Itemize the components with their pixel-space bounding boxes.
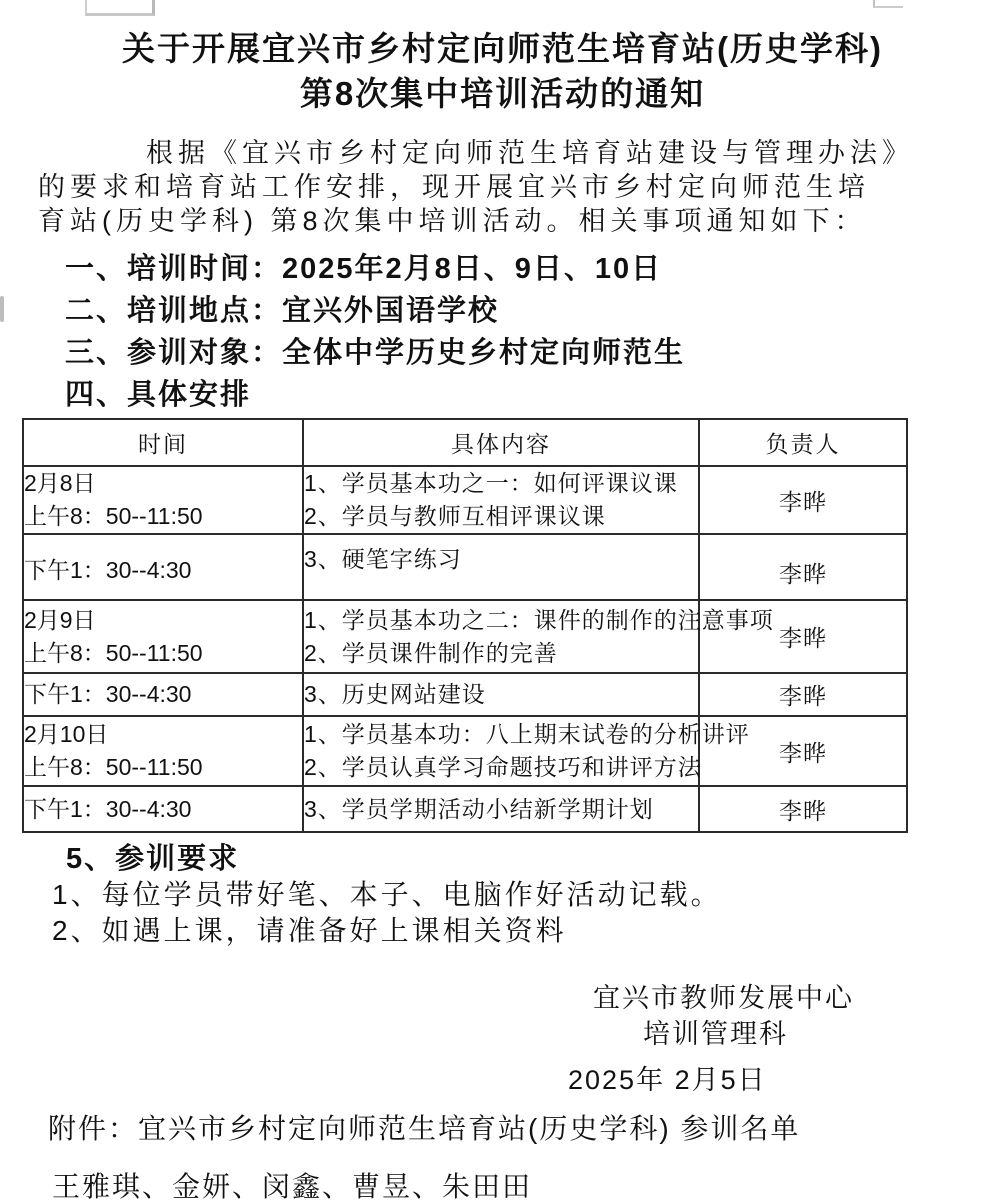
title-line-2: 第8次集中培训活动的通知 (40, 71, 965, 116)
col-header-person: 负责人 (699, 419, 907, 466)
attachment-title: 附件：宜兴市乡村定向师范生培育站(历史学科) 参训名单 (48, 1111, 1005, 1147)
schedule-person-cell: 李晔 (699, 534, 907, 600)
schedule-table: 时间 具体内容 负责人 2月8日 上午8：50--11:50 1、学员基本功之一… (22, 418, 908, 833)
table-row: 2月9日 上午8：50--11:50 1、学员基本功之二：课件的制作的注意事项 … (23, 600, 907, 673)
scan-corner-mark-right (873, 0, 903, 8)
schedule-person-cell: 李晔 (699, 466, 907, 534)
intro-line-3: 育站(历史学科) 第8次集中培训活动。相关事项通知如下： (38, 204, 955, 238)
requirements-heading: 5、参训要求 (66, 841, 1005, 877)
section-training-time: 一、培训时间：2025年2月8日、9日、10日 (65, 248, 1005, 290)
schedule-time-cell: 下午1：30--4:30 (23, 786, 303, 832)
table-row: 下午1：30--4:30 3、学员学期活动小结新学期计划 李晔 (23, 786, 907, 832)
schedule-time-cell: 下午1：30--4:30 (23, 673, 303, 716)
schedule-person-cell: 李晔 (699, 673, 907, 716)
attachment-name-list: 王雅琪、金妍、闵鑫、曹昱、朱田田 (52, 1169, 1005, 1202)
requirement-item-2: 2、如遇上课，请准备好上课相关资料 (52, 913, 1005, 949)
col-header-time: 时间 (23, 419, 303, 466)
intro-line-2: 的要求和培育站工作安排，现开展宜兴市乡村定向师范生培 (38, 170, 955, 204)
schedule-content-cell: 1、学员基本功之二：课件的制作的注意事项 2、学员课件制作的完善 (303, 600, 699, 673)
section-training-place: 二、培训地点：宜兴外国语学校 (65, 290, 1005, 332)
signature-department: 培训管理科 (643, 1017, 1005, 1051)
schedule-content-cell: 3、硬笔字练习 (303, 534, 699, 600)
table-row: 下午1：30--4:30 3、硬笔字练习 李晔 (23, 534, 907, 600)
schedule-time-cell: 2月8日 上午8：50--11:50 (23, 466, 303, 534)
section-list: 一、培训时间：2025年2月8日、9日、10日 二、培训地点：宜兴外国语学校 三… (65, 248, 1005, 416)
schedule-time-cell: 2月9日 上午8：50--11:50 (23, 600, 303, 673)
section-participants: 三、参训对象：全体中学历史乡村定向师范生 (65, 332, 1005, 374)
table-row: 2月8日 上午8：50--11:50 1、学员基本功之一：如何评课议课 2、学员… (23, 466, 907, 534)
signature-date: 2025年 2月5日 (568, 1063, 1005, 1097)
schedule-time-cell: 2月10日 上午8：50--11:50 (23, 716, 303, 786)
schedule-time-cell: 下午1：30--4:30 (23, 534, 303, 600)
schedule-content-cell: 1、学员基本功之一：如何评课议课 2、学员与教师互相评课议课 (303, 466, 699, 534)
scan-corner-mark-left (85, 0, 155, 16)
title-line-1: 关于开展宜兴市乡村定向师范生培育站(历史学科) (40, 26, 965, 71)
table-row: 2月10日 上午8：50--11:50 1、学员基本功：八上期末试卷的分析讲评 … (23, 716, 907, 786)
schedule-content-cell: 3、历史网站建设 (303, 673, 699, 716)
intro-paragraph: 根据《宜兴市乡村定向师范生培育站建设与管理办法》 的要求和培育站工作安排，现开展… (38, 136, 955, 238)
signature-organization: 宜兴市教师发展中心 (593, 981, 1005, 1015)
document-page: 关于开展宜兴市乡村定向师范生培育站(历史学科) 第8次集中培训活动的通知 根据《… (0, 26, 1005, 1202)
table-header-row: 时间 具体内容 负责人 (23, 419, 907, 466)
requirement-item-1: 1、每位学员带好笔、本子、电脑作好活动记载。 (52, 877, 1005, 913)
schedule-content-cell: 3、学员学期活动小结新学期计划 (303, 786, 699, 832)
schedule-person-cell: 李晔 (699, 786, 907, 832)
intro-line-1: 根据《宜兴市乡村定向师范生培育站建设与管理办法》 (38, 136, 955, 170)
scan-edge-artifact (0, 296, 4, 322)
document-title: 关于开展宜兴市乡村定向师范生培育站(历史学科) 第8次集中培训活动的通知 (40, 26, 965, 116)
section-schedule-heading: 四、具体安排 (65, 374, 1005, 416)
schedule-content-cell: 1、学员基本功：八上期末试卷的分析讲评 2、学员认真学习命题技巧和讲评方法 (303, 716, 699, 786)
col-header-content: 具体内容 (303, 419, 699, 466)
table-row: 下午1：30--4:30 3、历史网站建设 李晔 (23, 673, 907, 716)
